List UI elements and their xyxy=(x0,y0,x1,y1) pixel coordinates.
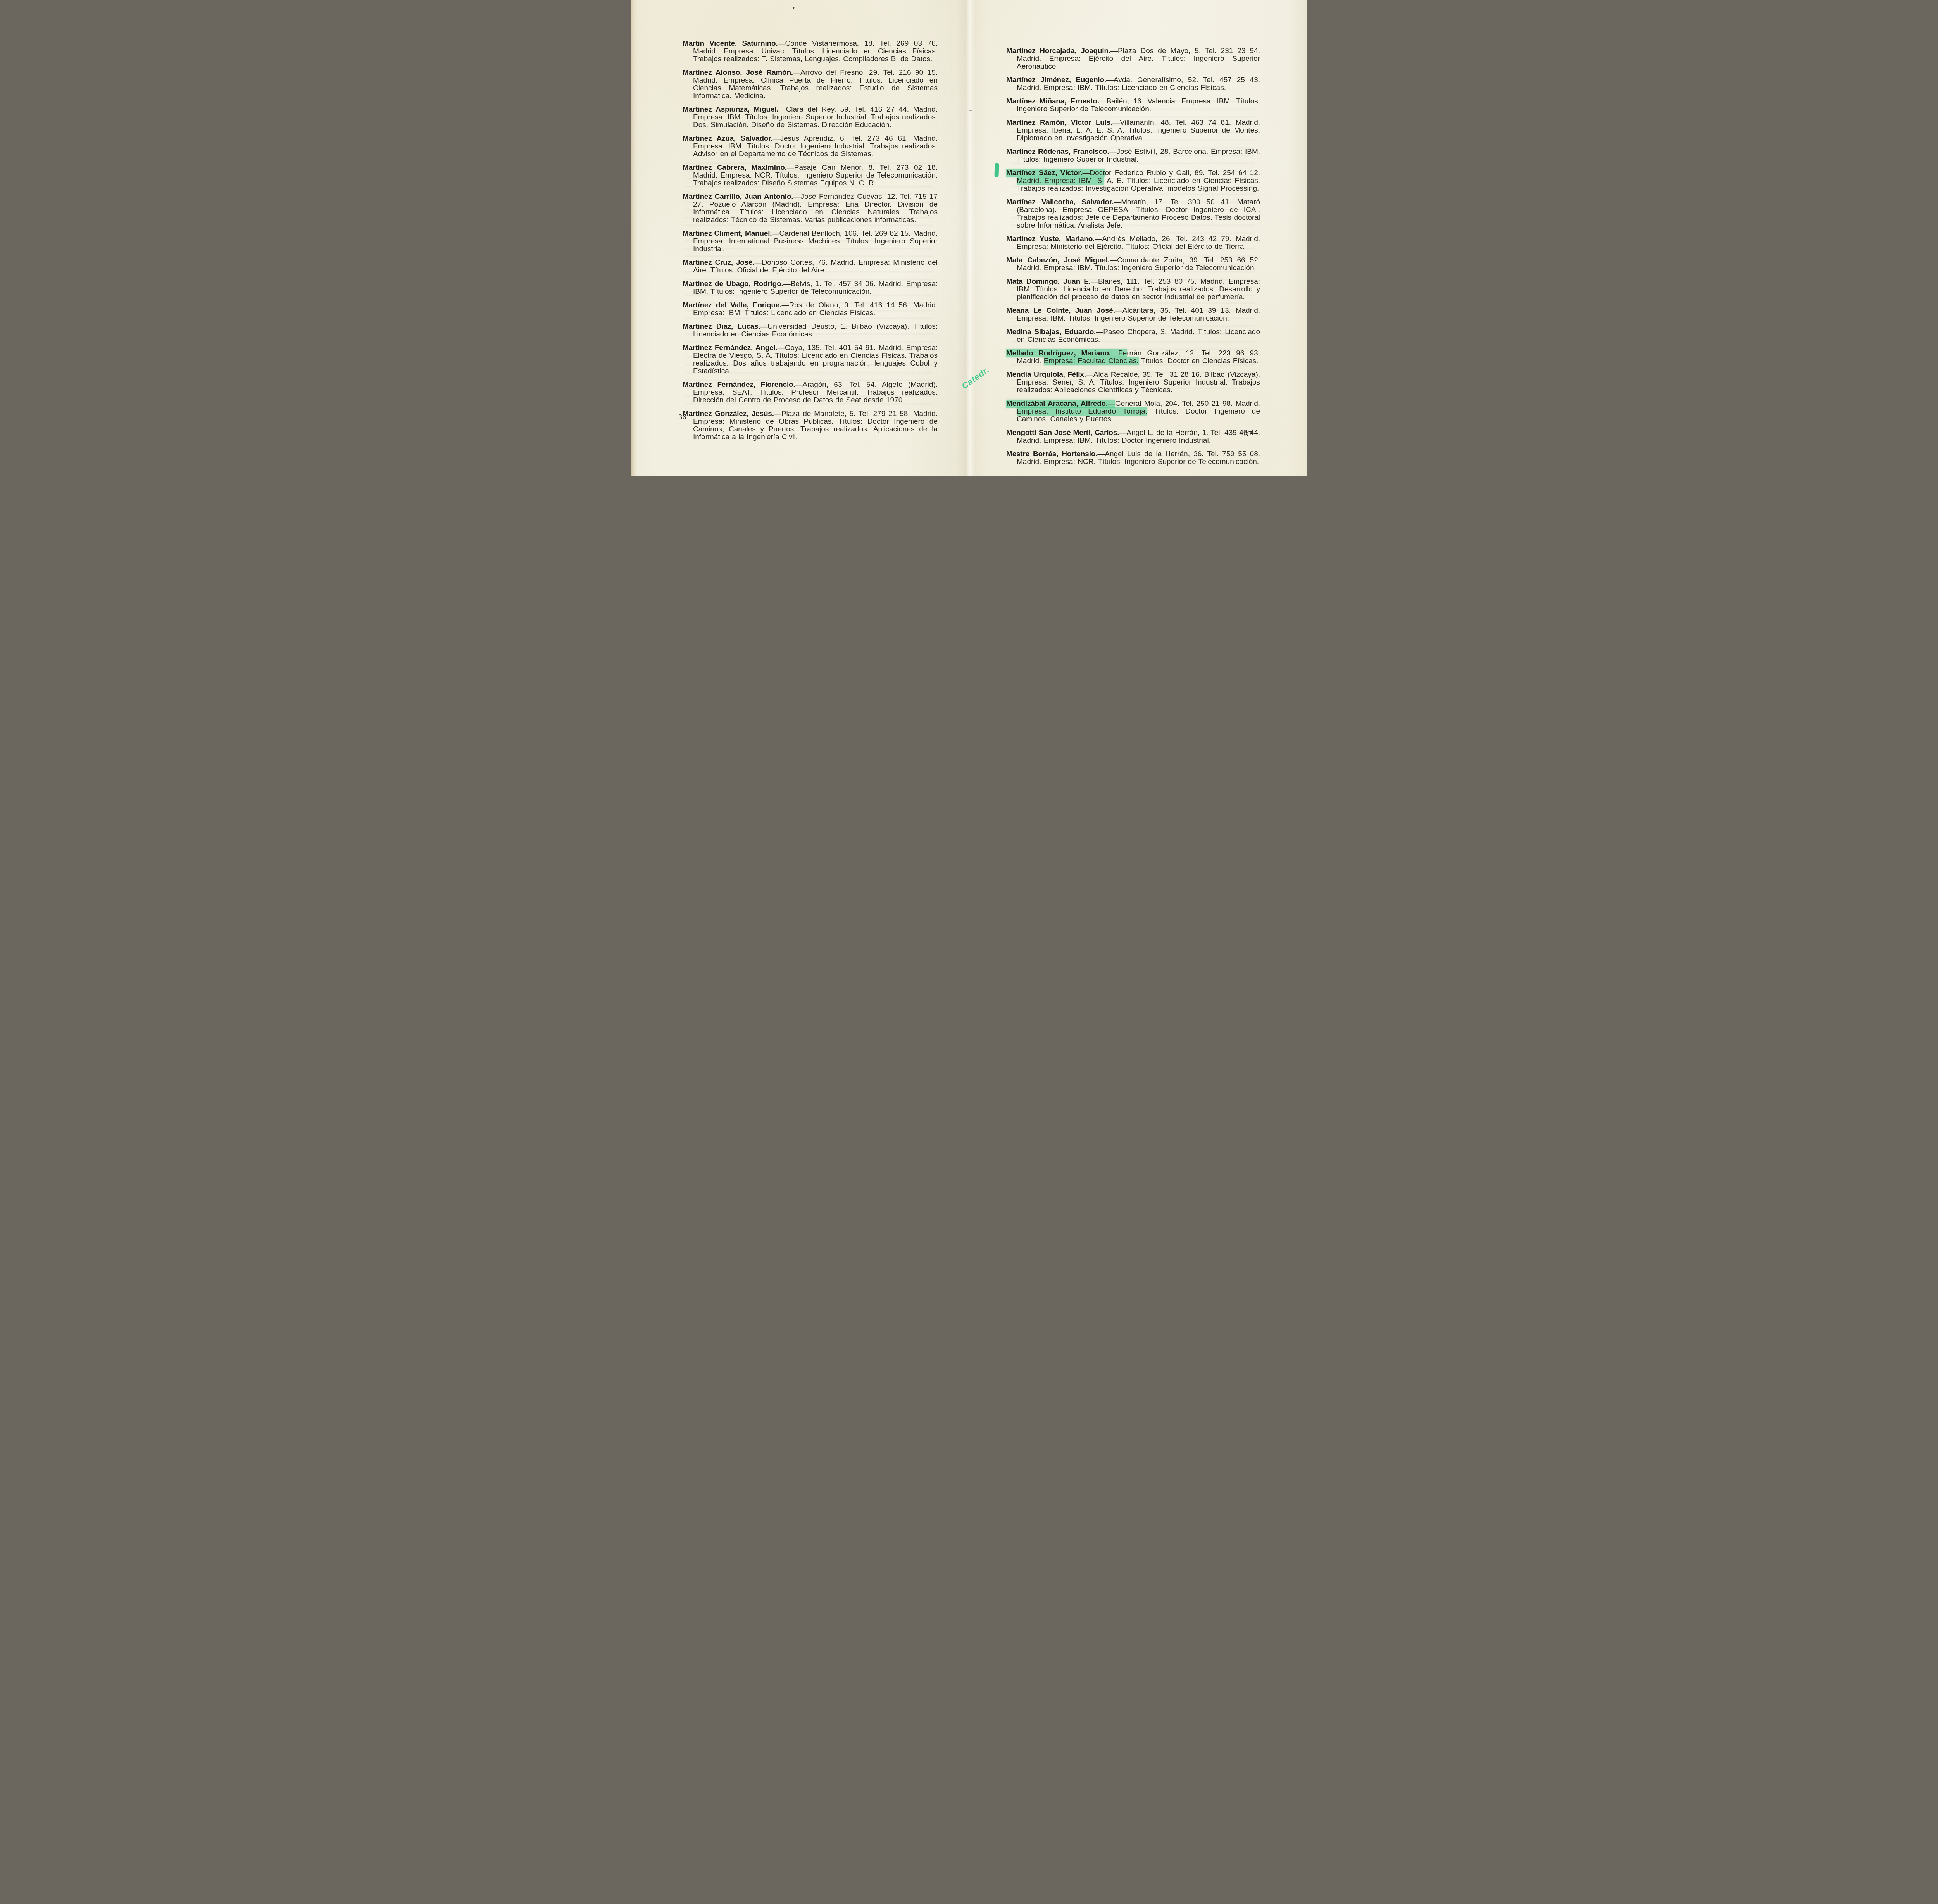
entry-text: Empresa: Instituto Eduardo Torroja. xyxy=(1017,407,1147,416)
entry-name: Mata Cabezón, José Miguel. xyxy=(1006,256,1110,264)
page-right-column: Martínez Horcajada, Joaquín.—Plaza Dos d… xyxy=(1006,47,1260,472)
directory-entry: Medina Sibajas, Eduardo.—Paseo Chopera, … xyxy=(1006,328,1260,344)
directory-entry: Martín Vicente, Saturnino.—Conde Vistahe… xyxy=(683,40,938,63)
entry-name: Martínez Miñana, Ernesto. xyxy=(1006,97,1099,105)
entry-name: Medina Sibajas, Eduardo. xyxy=(1006,328,1096,336)
directory-entry: Martínez Climent, Manuel.—Cardenal Benll… xyxy=(683,230,938,253)
entry-name: Martínez de Ubago, Rodrigo. xyxy=(683,280,783,288)
entry-name: Mata Domingo, Juan E. xyxy=(1006,278,1091,286)
entry-text: Madrid. Empresa: IBM, S. xyxy=(1017,177,1104,185)
entry-name: Martínez Alonso, José Ramón. xyxy=(683,69,793,77)
entry-name: Martínez Cabrera, Maximino. xyxy=(683,164,787,172)
directory-entry: Mestre Borrás, Hortensio.—Angel Luis de … xyxy=(1006,450,1260,466)
entry-name: Martínez Ródenas, Francisco. xyxy=(1006,148,1109,156)
entry-name: Meana Le Cointe, Juan José. xyxy=(1006,307,1115,315)
directory-entry: Martínez Aspiunza, Miguel.—Clara del Rey… xyxy=(683,106,938,129)
entry-name: Martínez Azúa, Salvador. xyxy=(683,135,772,143)
directory-entry: Martínez Cruz, José.—Donoso Cortés, 76. … xyxy=(683,259,938,274)
page-number-right: 37 xyxy=(1244,430,1252,438)
paper-speck xyxy=(793,7,795,10)
directory-entry: Mengotti San José Merti, Carlos.—Angel L… xyxy=(1006,429,1260,445)
directory-entry: Martínez Jiménez, Eugenio.—Avda. General… xyxy=(1006,76,1260,92)
entry-name: Martínez Horcajada, Joaquín. xyxy=(1006,47,1110,55)
entry-text: —Doct xyxy=(1082,169,1105,177)
directory-entry: Martínez Horcajada, Joaquín.—Plaza Dos d… xyxy=(1006,47,1260,71)
directory-entry: Martínez Fernández, Angel.—Goya, 135. Te… xyxy=(683,344,938,375)
fold-mark xyxy=(969,110,972,111)
entry-name: Martínez Carrillo, Juan Antonio. xyxy=(683,193,793,201)
entry-name: Martínez Cruz, José. xyxy=(683,259,755,267)
entry-name: Martínez Ramón, Víctor Luis. xyxy=(1006,119,1112,127)
entry-name: Martínez Fernández, Florencio. xyxy=(683,381,795,389)
book-spread: Martín Vicente, Saturnino.—Conde Vistahe… xyxy=(631,0,1307,476)
entry-text: — xyxy=(1108,400,1115,408)
directory-entry: Martínez Azúa, Salvador.—Jesús Aprendiz,… xyxy=(683,135,938,158)
handwritten-note: Catedr. xyxy=(960,365,991,391)
entry-name: Mendizábal Aracana, Alfredo. xyxy=(1006,400,1108,408)
directory-entry: Mendía Urquiola, Félix.—Alda Recalde, 35… xyxy=(1006,371,1260,394)
directory-entry: Meana Le Cointe, Juan José.—Alcántara, 3… xyxy=(1006,307,1260,323)
directory-entry: Martínez Carrillo, Juan Antonio.—José Fe… xyxy=(683,193,938,224)
entry-name: Mellado Rodríguez, Mariano. xyxy=(1006,349,1111,357)
entry-name: Martínez del Valle, Enrique. xyxy=(683,301,781,309)
directory-entry: Martínez Fernández, Florencio.—Aragón, 6… xyxy=(683,381,938,404)
directory-entry: Mata Domingo, Juan E.—Blanes, 111. Tel. … xyxy=(1006,278,1260,301)
directory-entry: Martínez Miñana, Ernesto.—Bailén, 16. Va… xyxy=(1006,98,1260,113)
directory-entry: Martínez González, Jesús.—Plaza de Manol… xyxy=(683,410,938,441)
page-number-left: 36 xyxy=(678,413,686,421)
entry-text: Títulos: Doctor en Ciencias Físicas. xyxy=(1139,357,1259,365)
entry-text: —Fe xyxy=(1111,349,1127,357)
entry-name: Martínez Vallcorba, Salvador. xyxy=(1006,198,1114,206)
entry-name: Martínez Fernández, Angel. xyxy=(683,344,778,352)
entry-text: Empresa: Facultad Ciencias. xyxy=(1044,357,1139,365)
entry-name: Martínez Aspiunza, Miguel. xyxy=(683,105,779,114)
directory-entry: Mellado Rodríguez, Mariano.—Fernán Gonzá… xyxy=(1006,350,1260,365)
entry-name: Martínez Sáez, Víctor. xyxy=(1006,169,1082,177)
page-left-column: Martín Vicente, Saturnino.—Conde Vistahe… xyxy=(683,40,938,447)
entry-name: Martínez Climent, Manuel. xyxy=(683,229,772,238)
directory-entry: Martínez Ródenas, Francisco.—José Estivi… xyxy=(1006,148,1260,164)
entry-name: Martínez Jiménez, Eugenio. xyxy=(1006,76,1106,84)
entry-name: Martínez Yuste, Mariano. xyxy=(1006,235,1095,243)
entry-text: General Mola, 204. Tel. 250 21 98. Madri… xyxy=(1115,400,1260,408)
directory-entry: Martínez Vallcorba, Salvador.—Moratín, 1… xyxy=(1006,198,1260,229)
entry-name: Mendía Urquiola, Félix. xyxy=(1006,371,1086,379)
directory-entry: Martínez Cabrera, Maximino.—Pasaje Can M… xyxy=(683,164,938,187)
entry-text: or Federico Rubio y Gali, 89. Tel. 254 6… xyxy=(1105,169,1260,177)
directory-entry: Mata Cabezón, José Miguel.—Comandante Zo… xyxy=(1006,257,1260,272)
directory-entry: Martínez Alonso, José Ramón.—Arroyo del … xyxy=(683,69,938,100)
entry-name: Martínez González, Jesús. xyxy=(683,410,774,418)
directory-entry: Mendizábal Aracana, Alfredo.—General Mol… xyxy=(1006,400,1260,423)
directory-entry: Martínez del Valle, Enrique.—Ros de Olan… xyxy=(683,302,938,317)
entry-name: Martínez Díaz, Lucas. xyxy=(683,323,760,331)
directory-entry: Martínez Ramón, Víctor Luis.—Villamanín,… xyxy=(1006,119,1260,142)
entry-name: Mestre Borrás, Hortensio. xyxy=(1006,450,1097,458)
directory-entry: Martínez Yuste, Mariano.—Andrés Mellado,… xyxy=(1006,235,1260,251)
entry-name: Martín Vicente, Saturnino. xyxy=(683,40,778,48)
directory-entry: Martínez Sáez, Víctor.—Doctor Federico R… xyxy=(1006,169,1260,193)
directory-entry: Martínez Díaz, Lucas.—Universidad Deusto… xyxy=(683,323,938,338)
entry-name: Mengotti San José Merti, Carlos. xyxy=(1006,429,1119,437)
green-margin-tick xyxy=(994,163,999,177)
directory-entry: Martínez de Ubago, Rodrigo.—Belvis, 1. T… xyxy=(683,280,938,296)
